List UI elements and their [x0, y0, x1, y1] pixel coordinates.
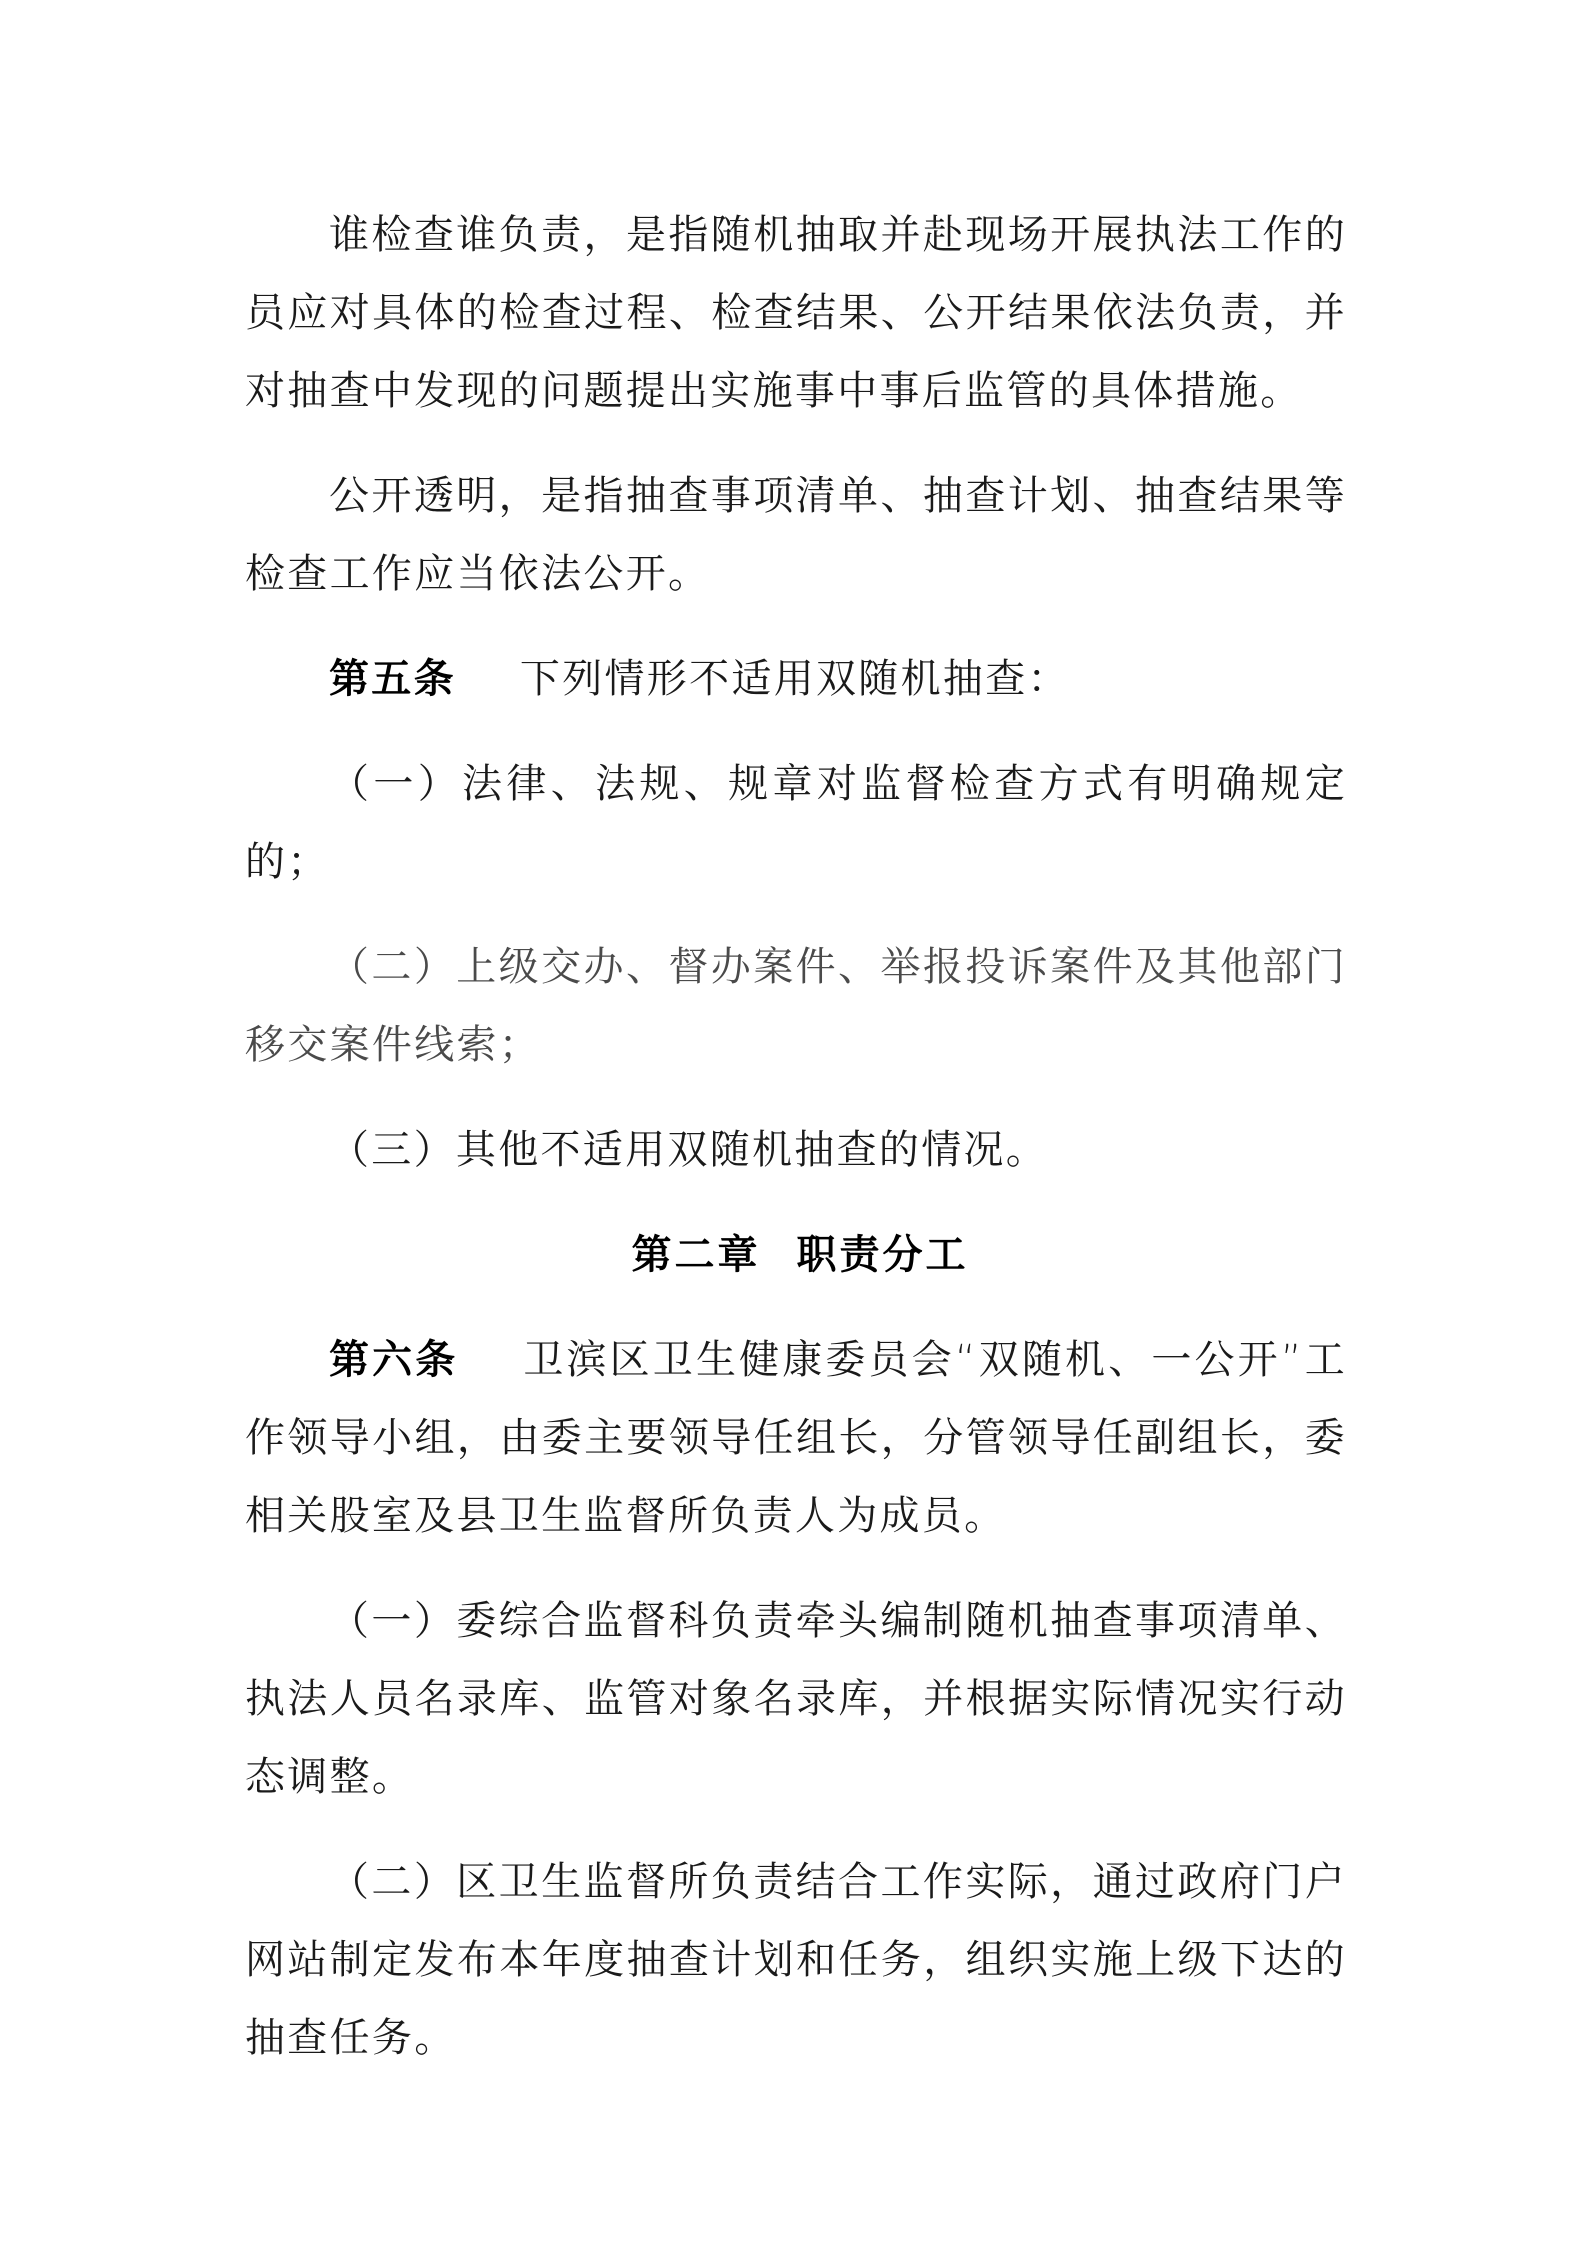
- article-5-text: 下列情形不适用双随机抽查：: [520, 656, 1070, 702]
- article-6-item-2: （二）区卫生监督所负责结合工作实际，通过政府门户网站制定发布本年度抽查计划和任务…: [245, 1843, 1347, 2077]
- article-5-item-2: （二）上级交办、督办案件、举报投诉案件及其他部门移交案件线索；: [245, 928, 1347, 1084]
- document-page: 谁检查谁负责，是指随机抽取并赴现场开展执法工作的员应对具体的检查过程、检查结果、…: [245, 196, 1347, 2104]
- chapter-number: 第二章: [632, 1232, 761, 1278]
- article-5: 第五条下列情形不适用双随机抽查：: [245, 640, 1347, 718]
- article-6-item-1: （一）委综合监督科负责牵头编制随机抽查事项清单、执法人员名录库、监管对象名录库，…: [245, 1582, 1347, 1816]
- article-6: 第六条卫滨区卫生健康委员会“双随机、一公开”工作领导小组，由委主要领导任组长，分…: [245, 1321, 1347, 1555]
- paragraph-open-transparent: 公开透明，是指抽查事项清单、抽查计划、抽查结果等检查工作应当依法公开。: [245, 457, 1347, 613]
- paragraph-who-checks-who-responsible: 谁检查谁负责，是指随机抽取并赴现场开展执法工作的员应对具体的检查过程、检查结果、…: [245, 196, 1347, 430]
- article-5-label: 第五条: [329, 656, 456, 702]
- chapter-title: 职责分工: [797, 1232, 969, 1278]
- chapter-heading: 第二章职责分工: [245, 1216, 1347, 1294]
- article-6-label: 第六条: [329, 1337, 458, 1383]
- article-5-item-3: （三）其他不适用双随机抽查的情况。: [245, 1111, 1347, 1189]
- article-5-item-1: （一）法律、法规、规章对监督检查方式有明确规定的；: [245, 745, 1347, 901]
